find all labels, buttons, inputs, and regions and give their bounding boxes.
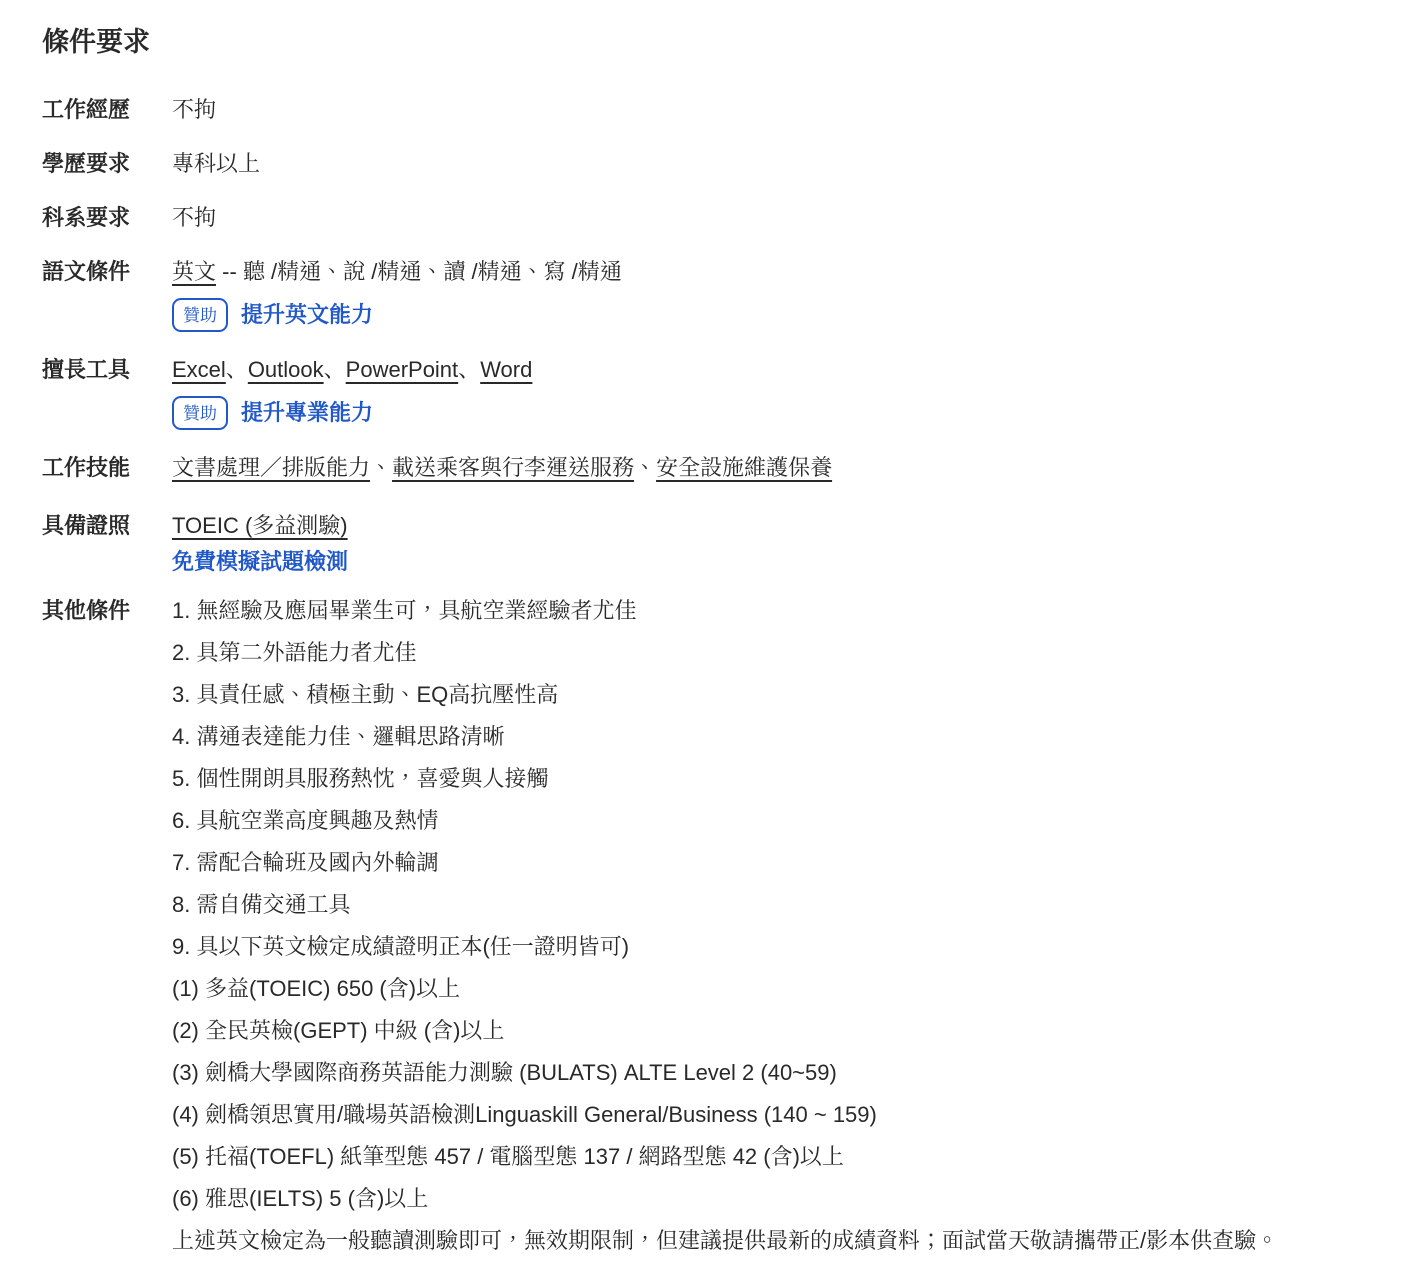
work-experience-label: 工作經歷 [42, 96, 172, 124]
tools-label: 擅長工具 [42, 356, 172, 384]
free-mock-test-link[interactable]: 免費模擬試題檢測 [172, 549, 348, 574]
certificate-line: TOEIC (多益測驗) [172, 508, 1380, 544]
tool-link-outlook[interactable]: Outlook [248, 357, 324, 382]
tool-link-excel[interactable]: Excel [172, 357, 226, 382]
other-condition-line: 1. 無經驗及應屆畢業生可，具航空業經驗者尤佳 [172, 590, 1380, 632]
row-education: 學歷要求 專科以上 [42, 150, 1380, 178]
tools-promo-line: 贊助 提升專業能力 [172, 396, 1380, 430]
other-condition-line: (3) 劍橋大學國際商務英語能力測驗 (BULATS) ALTE Level 2… [172, 1052, 1380, 1094]
separator: 、 [458, 357, 480, 382]
row-tools: 擅長工具 Excel、Outlook、PowerPoint、Word 贊助 提升… [42, 356, 1380, 430]
education-label: 學歷要求 [42, 150, 172, 178]
work-experience-value: 不拘 [172, 97, 216, 122]
skill-link-passenger-luggage[interactable]: 載送乘客與行李運送服務 [392, 455, 634, 480]
row-department: 科系要求 不拘 [42, 204, 1380, 232]
other-condition-line: 3. 具責任感、積極主動、EQ高抗壓性高 [172, 674, 1380, 716]
other-condition-line: 5. 個性開朗具服務熱忱，喜愛與人接觸 [172, 758, 1380, 800]
separator: 、 [634, 455, 656, 480]
row-language: 語文條件 英文 -- 聽 /精通、說 /精通、讀 /精通、寫 /精通 贊助 提升… [42, 258, 1380, 332]
education-value: 專科以上 [172, 151, 260, 176]
language-link-english[interactable]: 英文 [172, 259, 216, 284]
language-promo-line: 贊助 提升英文能力 [172, 298, 1380, 332]
other-condition-line: (4) 劍橋領思實用/職場英語檢測Linguaskill General/Bus… [172, 1094, 1380, 1136]
sponsor-badge: 贊助 [172, 396, 228, 430]
other-condition-line: (1) 多益(TOEIC) 650 (含)以上 [172, 968, 1380, 1010]
row-certificates: 具備證照 TOEIC (多益測驗) 免費模擬試題檢測 [42, 508, 1380, 580]
certificate-link-toeic[interactable]: TOEIC (多益測驗) [172, 513, 348, 538]
other-condition-line: 2. 具第二外語能力者尤佳 [172, 632, 1380, 674]
other-condition-line: 9. 具以下英文檢定成績證明正本(任一證明皆可) [172, 926, 1380, 968]
language-value-line: 英文 -- 聽 /精通、說 /精通、讀 /精通、寫 /精通 [172, 258, 1380, 286]
separator: 、 [226, 357, 248, 382]
other-condition-line: 6. 具航空業高度興趣及熱情 [172, 800, 1380, 842]
other-conditions-label: 其他條件 [42, 590, 172, 632]
skills-label: 工作技能 [42, 454, 172, 482]
row-skills: 工作技能 文書處理／排版能力、載送乘客與行李運送服務、安全設施維護保養 [42, 454, 1380, 482]
row-other-conditions: 其他條件 1. 無經驗及應屆畢業生可，具航空業經驗者尤佳 2. 具第二外語能力者… [42, 590, 1380, 1262]
section-title: 條件要求 [42, 24, 1380, 60]
improve-english-link[interactable]: 提升英文能力 [241, 301, 373, 329]
skill-link-safety-maintenance[interactable]: 安全設施維護保養 [656, 455, 832, 480]
other-conditions-list: 1. 無經驗及應屆畢業生可，具航空業經驗者尤佳 2. 具第二外語能力者尤佳 3.… [172, 590, 1380, 1262]
separator: 、 [324, 357, 346, 382]
tool-link-powerpoint[interactable]: PowerPoint [346, 357, 459, 382]
other-condition-line: 4. 溝通表達能力佳、邏輯思路清晰 [172, 716, 1380, 758]
skill-link-document-processing[interactable]: 文書處理／排版能力 [172, 455, 370, 480]
other-condition-line: 8. 需自備交通工具 [172, 884, 1380, 926]
improve-professional-link[interactable]: 提升專業能力 [241, 399, 373, 427]
other-condition-line: 7. 需配合輪班及國內外輪調 [172, 842, 1380, 884]
department-value: 不拘 [172, 205, 216, 230]
tools-value-line: Excel、Outlook、PowerPoint、Word [172, 356, 1380, 384]
free-mock-test-line: 免費模擬試題檢測 [172, 544, 1380, 580]
separator: 、 [370, 455, 392, 480]
department-label: 科系要求 [42, 204, 172, 232]
row-work-experience: 工作經歷 不拘 [42, 96, 1380, 124]
other-condition-line: (2) 全民英檢(GEPT) 中級 (含)以上 [172, 1010, 1380, 1052]
certificates-label: 具備證照 [42, 508, 172, 544]
language-label: 語文條件 [42, 258, 172, 286]
tool-link-word[interactable]: Word [480, 357, 532, 382]
sponsor-badge: 贊助 [172, 298, 228, 332]
other-condition-line: (5) 托福(TOEFL) 紙筆型態 457 / 電腦型態 137 / 網路型態… [172, 1136, 1380, 1178]
other-condition-line: 上述英文檢定為一般聽讀測驗即可，無效期限制，但建議提供最新的成績資料；面試當天敬… [172, 1220, 1380, 1262]
job-requirements-section: 條件要求 工作經歷 不拘 學歷要求 專科以上 科系要求 不拘 語文條件 英文 -… [0, 0, 1406, 1262]
language-proficiency-text: -- 聽 /精通、說 /精通、讀 /精通、寫 /精通 [216, 259, 622, 284]
other-condition-line: (6) 雅思(IELTS) 5 (含)以上 [172, 1178, 1380, 1220]
